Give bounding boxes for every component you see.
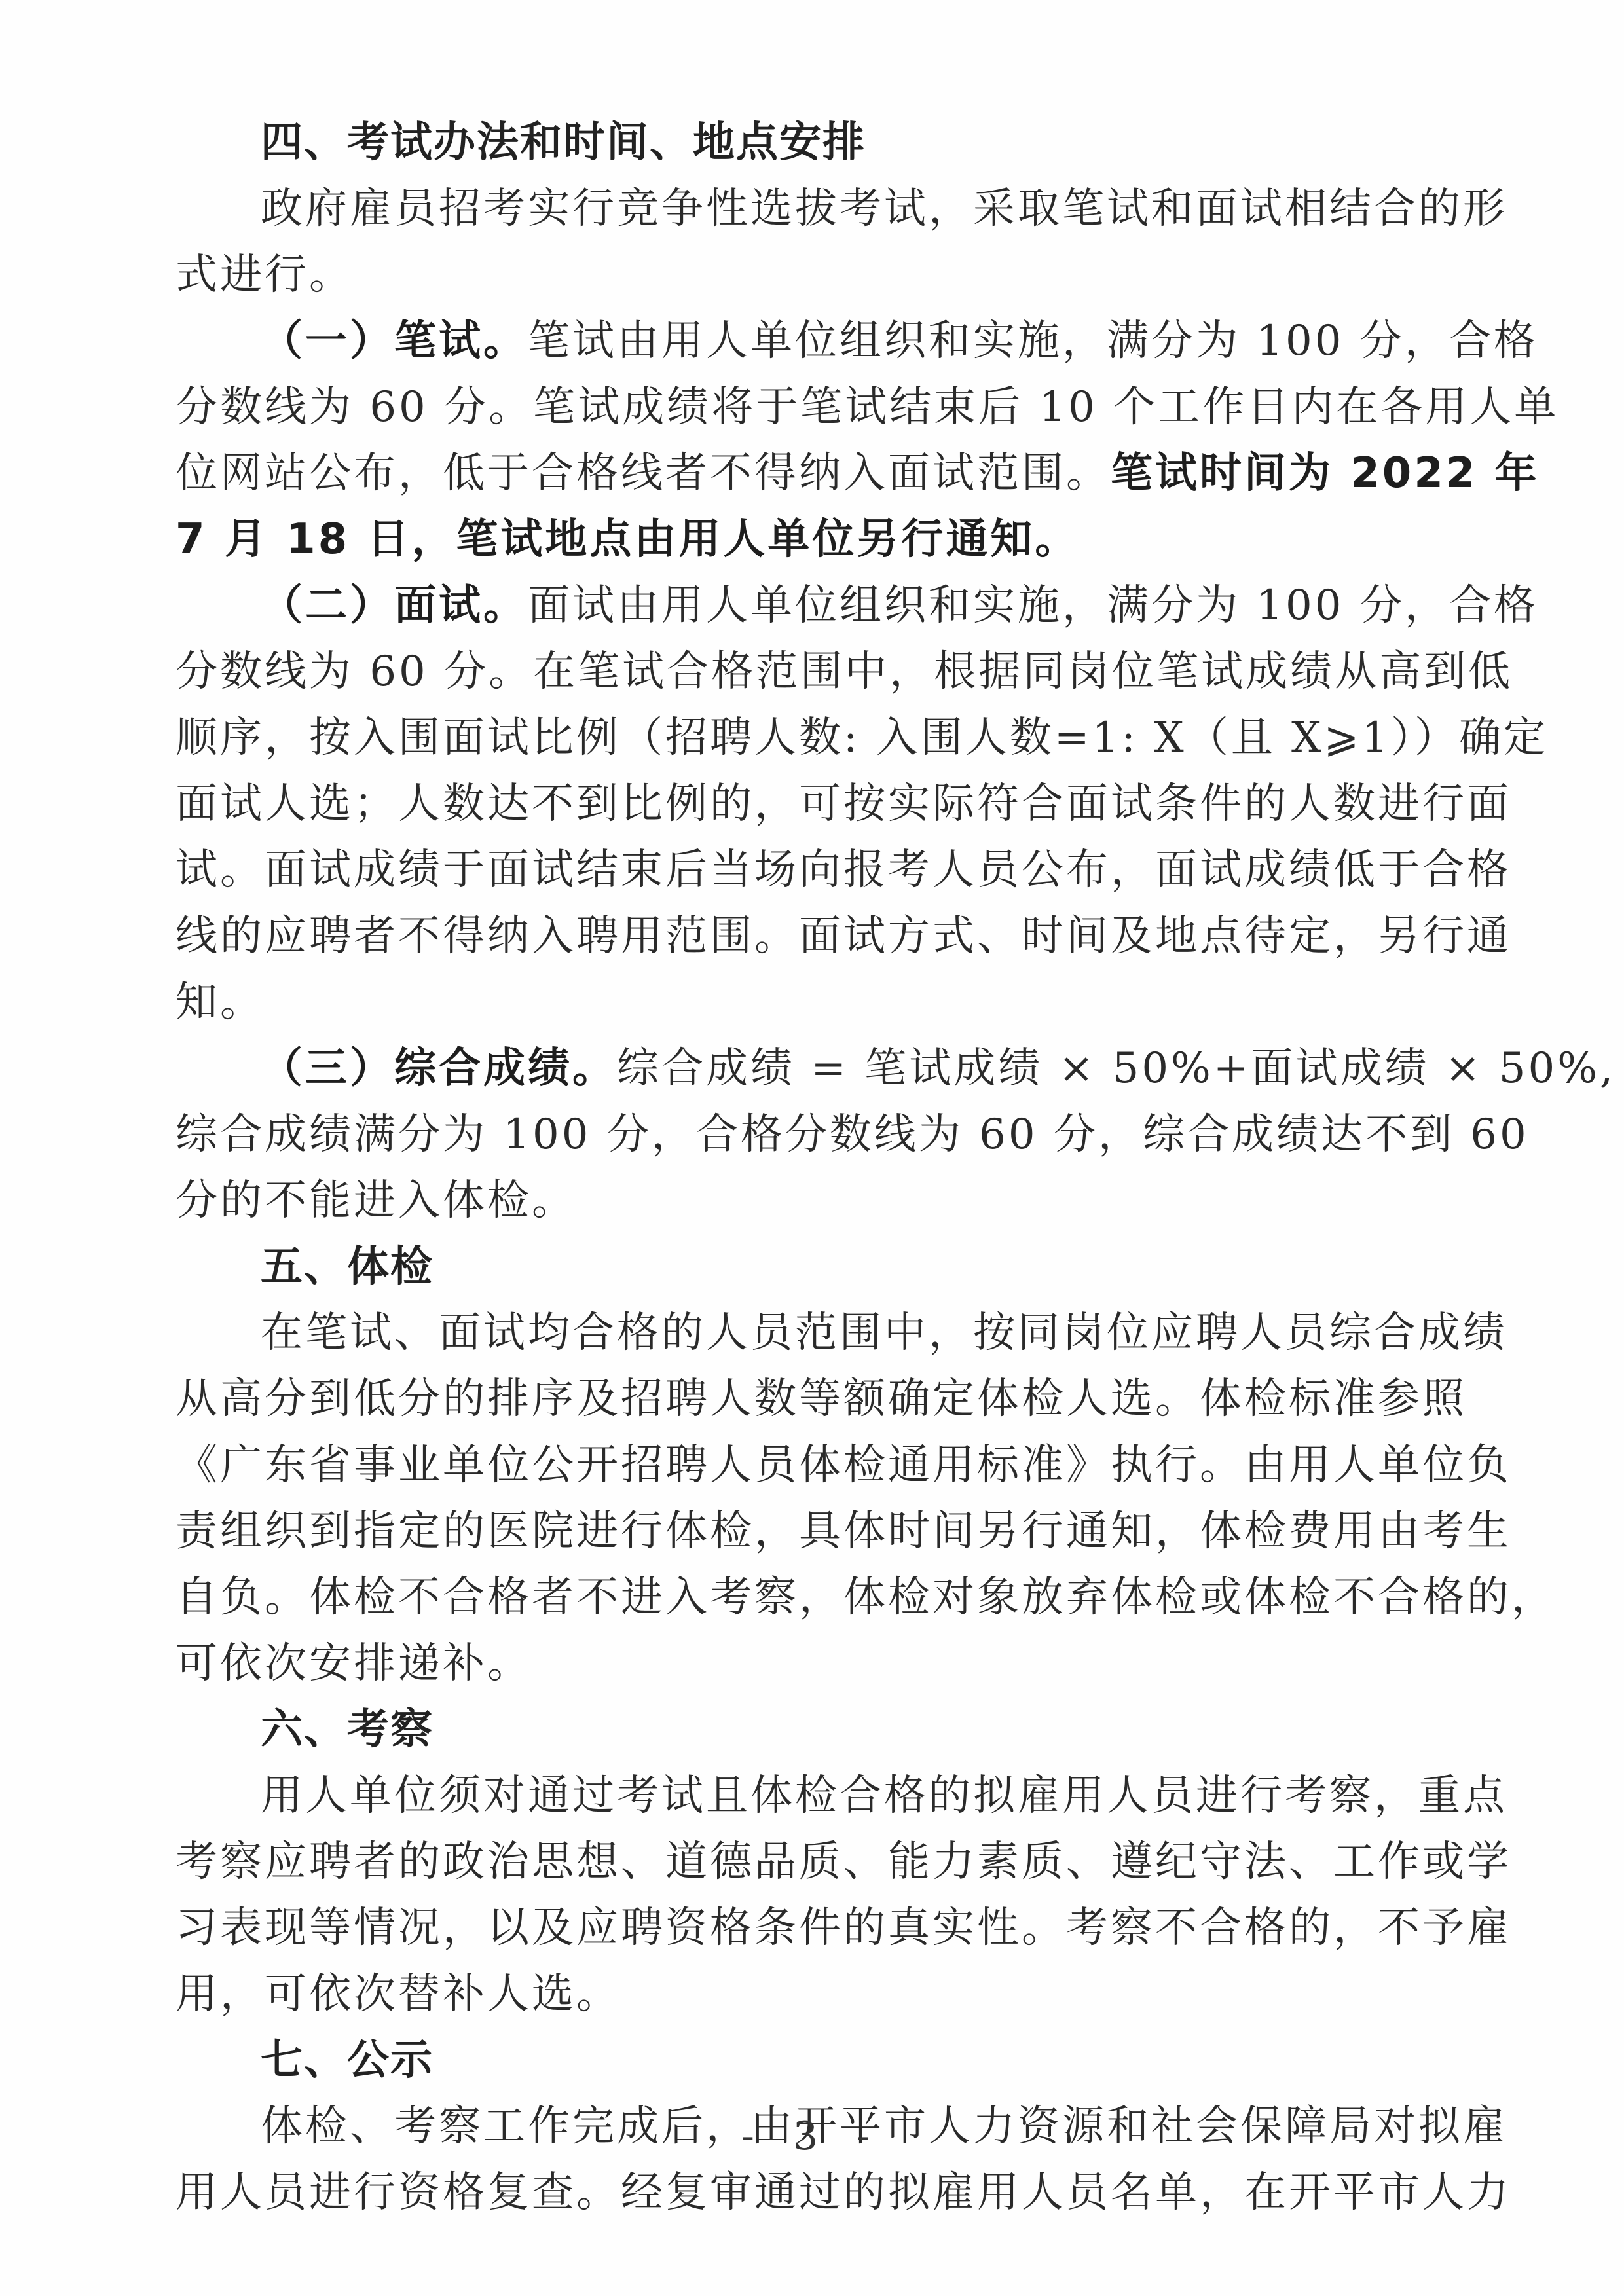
document-page: 四、考试办法和时间、地点安排 政府雇员招考实行竞争性选拔考试，采取笔试和面试相结… [0,0,1624,2296]
paragraph-line: 在笔试、面试均合格的人员范围中，按同岗位应聘人员综合成绩 [175,1300,1463,1366]
paragraph-line: 考察应聘者的政治思想、道德品质、能力素质、遵纪守法、工作或学 [175,1829,1463,1895]
paragraph-text: 笔试由用人单位组织和实施，满分为 100 分，合格 [528,317,1538,365]
subsection-interview: （二）面试。面试由用人单位组织和实施，满分为 100 分，合格 [175,573,1463,639]
paragraph-line: 7 月 18 日，笔试地点由用人单位另行通知。 [175,507,1463,573]
paragraph-line: 《广东省事业单位公开招聘人员体检通用标准》执行。由用人单位负 [175,1432,1463,1499]
paragraph-line: 分数线为 60 分。在笔试合格范围中，根据同岗位笔试成绩从高到低 [175,639,1463,705]
paragraph-line: 顺序，按入围面试比例（招聘人数: 入围人数=1: X（且 X⩾1））确定 [175,705,1463,771]
paragraph-text: 面试由用人单位组织和实施，满分为 100 分，合格 [528,581,1538,630]
paragraph-line: 试。面试成绩于面试结束后当场向报考人员公布，面试成绩低于合格 [175,837,1463,903]
paragraph-line: 位网站公布，低于合格线者不得纳入面试范围。笔试时间为 2022 年 [175,441,1463,507]
paragraph-line: 责组织到指定的医院进行体检，具体时间另行通知，体检费用由考生 [175,1499,1463,1565]
subsection-label-written: （一）笔试。 [261,317,528,365]
paragraph-line: 知。 [175,970,1463,1036]
subsection-combined-score: （三）综合成绩。综合成绩 = 笔试成绩 × 50%+面试成绩 × 50%, [175,1036,1463,1102]
paragraph-line: 分的不能进入体检。 [175,1168,1463,1234]
section-heading-exam: 四、考试办法和时间、地点安排 [175,110,1463,176]
section-heading-publicity: 七、公示 [175,2028,1463,2094]
page-number: - 3 - [0,2113,1624,2159]
paragraph-line: 政府雇员招考实行竞争性选拔考试，采取笔试和面试相结合的形 [175,176,1463,242]
paragraph-line: 用人单位须对通过考试且体检合格的拟雇用人员进行考察，重点 [175,1763,1463,1829]
subsection-written-exam: （一）笔试。笔试由用人单位组织和实施，满分为 100 分，合格 [175,308,1463,374]
paragraph-line: 可依次安排递补。 [175,1631,1463,1697]
paragraph-line: 用人员进行资格复查。经复审通过的拟雇用人员名单，在开平市人力 [175,2160,1463,2226]
paragraph-line: 从高分到低分的排序及招聘人数等额确定体检人选。体检标准参照 [175,1366,1463,1432]
paragraph-line: 分数线为 60 分。笔试成绩将于笔试结束后 10 个工作日内在各用人单 [175,374,1463,441]
paragraph-line: 面试人选；人数达不到比例的，可按实际符合面试条件的人数进行面 [175,771,1463,837]
section-heading-medical: 五、体检 [175,1234,1463,1300]
paragraph-line: 自负。体检不合格者不进入考察，体检对象放弃体检或体检不合格的， [175,1565,1463,1631]
paragraph-line: 综合成绩满分为 100 分，合格分数线为 60 分，综合成绩达不到 60 [175,1102,1463,1168]
subsection-label-interview: （二）面试。 [261,581,528,630]
paragraph-line: 式进行。 [175,242,1463,308]
exam-date-emphasis: 7 月 18 日，笔试地点由用人单位另行通知。 [175,515,1079,564]
document-body: 四、考试办法和时间、地点安排 政府雇员招考实行竞争性选拔考试，采取笔试和面试相结… [175,110,1463,2226]
paragraph-text: 位网站公布，低于合格线者不得纳入面试范围。 [175,449,1111,498]
exam-date-emphasis: 笔试时间为 2022 年 [1111,449,1540,498]
subsection-label-combined: （三）综合成绩。 [261,1044,617,1093]
paragraph-line: 用，可依次替补人选。 [175,1961,1463,2028]
paragraph-line: 习表现等情况，以及应聘资格条件的真实性。考察不合格的，不予雇 [175,1895,1463,1961]
paragraph-text: 综合成绩 = 笔试成绩 × 50%+面试成绩 × 50%, [617,1044,1615,1093]
section-heading-inspection: 六、考察 [175,1697,1463,1763]
paragraph-line: 线的应聘者不得纳入聘用范围。面试方式、时间及地点待定，另行通 [175,903,1463,970]
